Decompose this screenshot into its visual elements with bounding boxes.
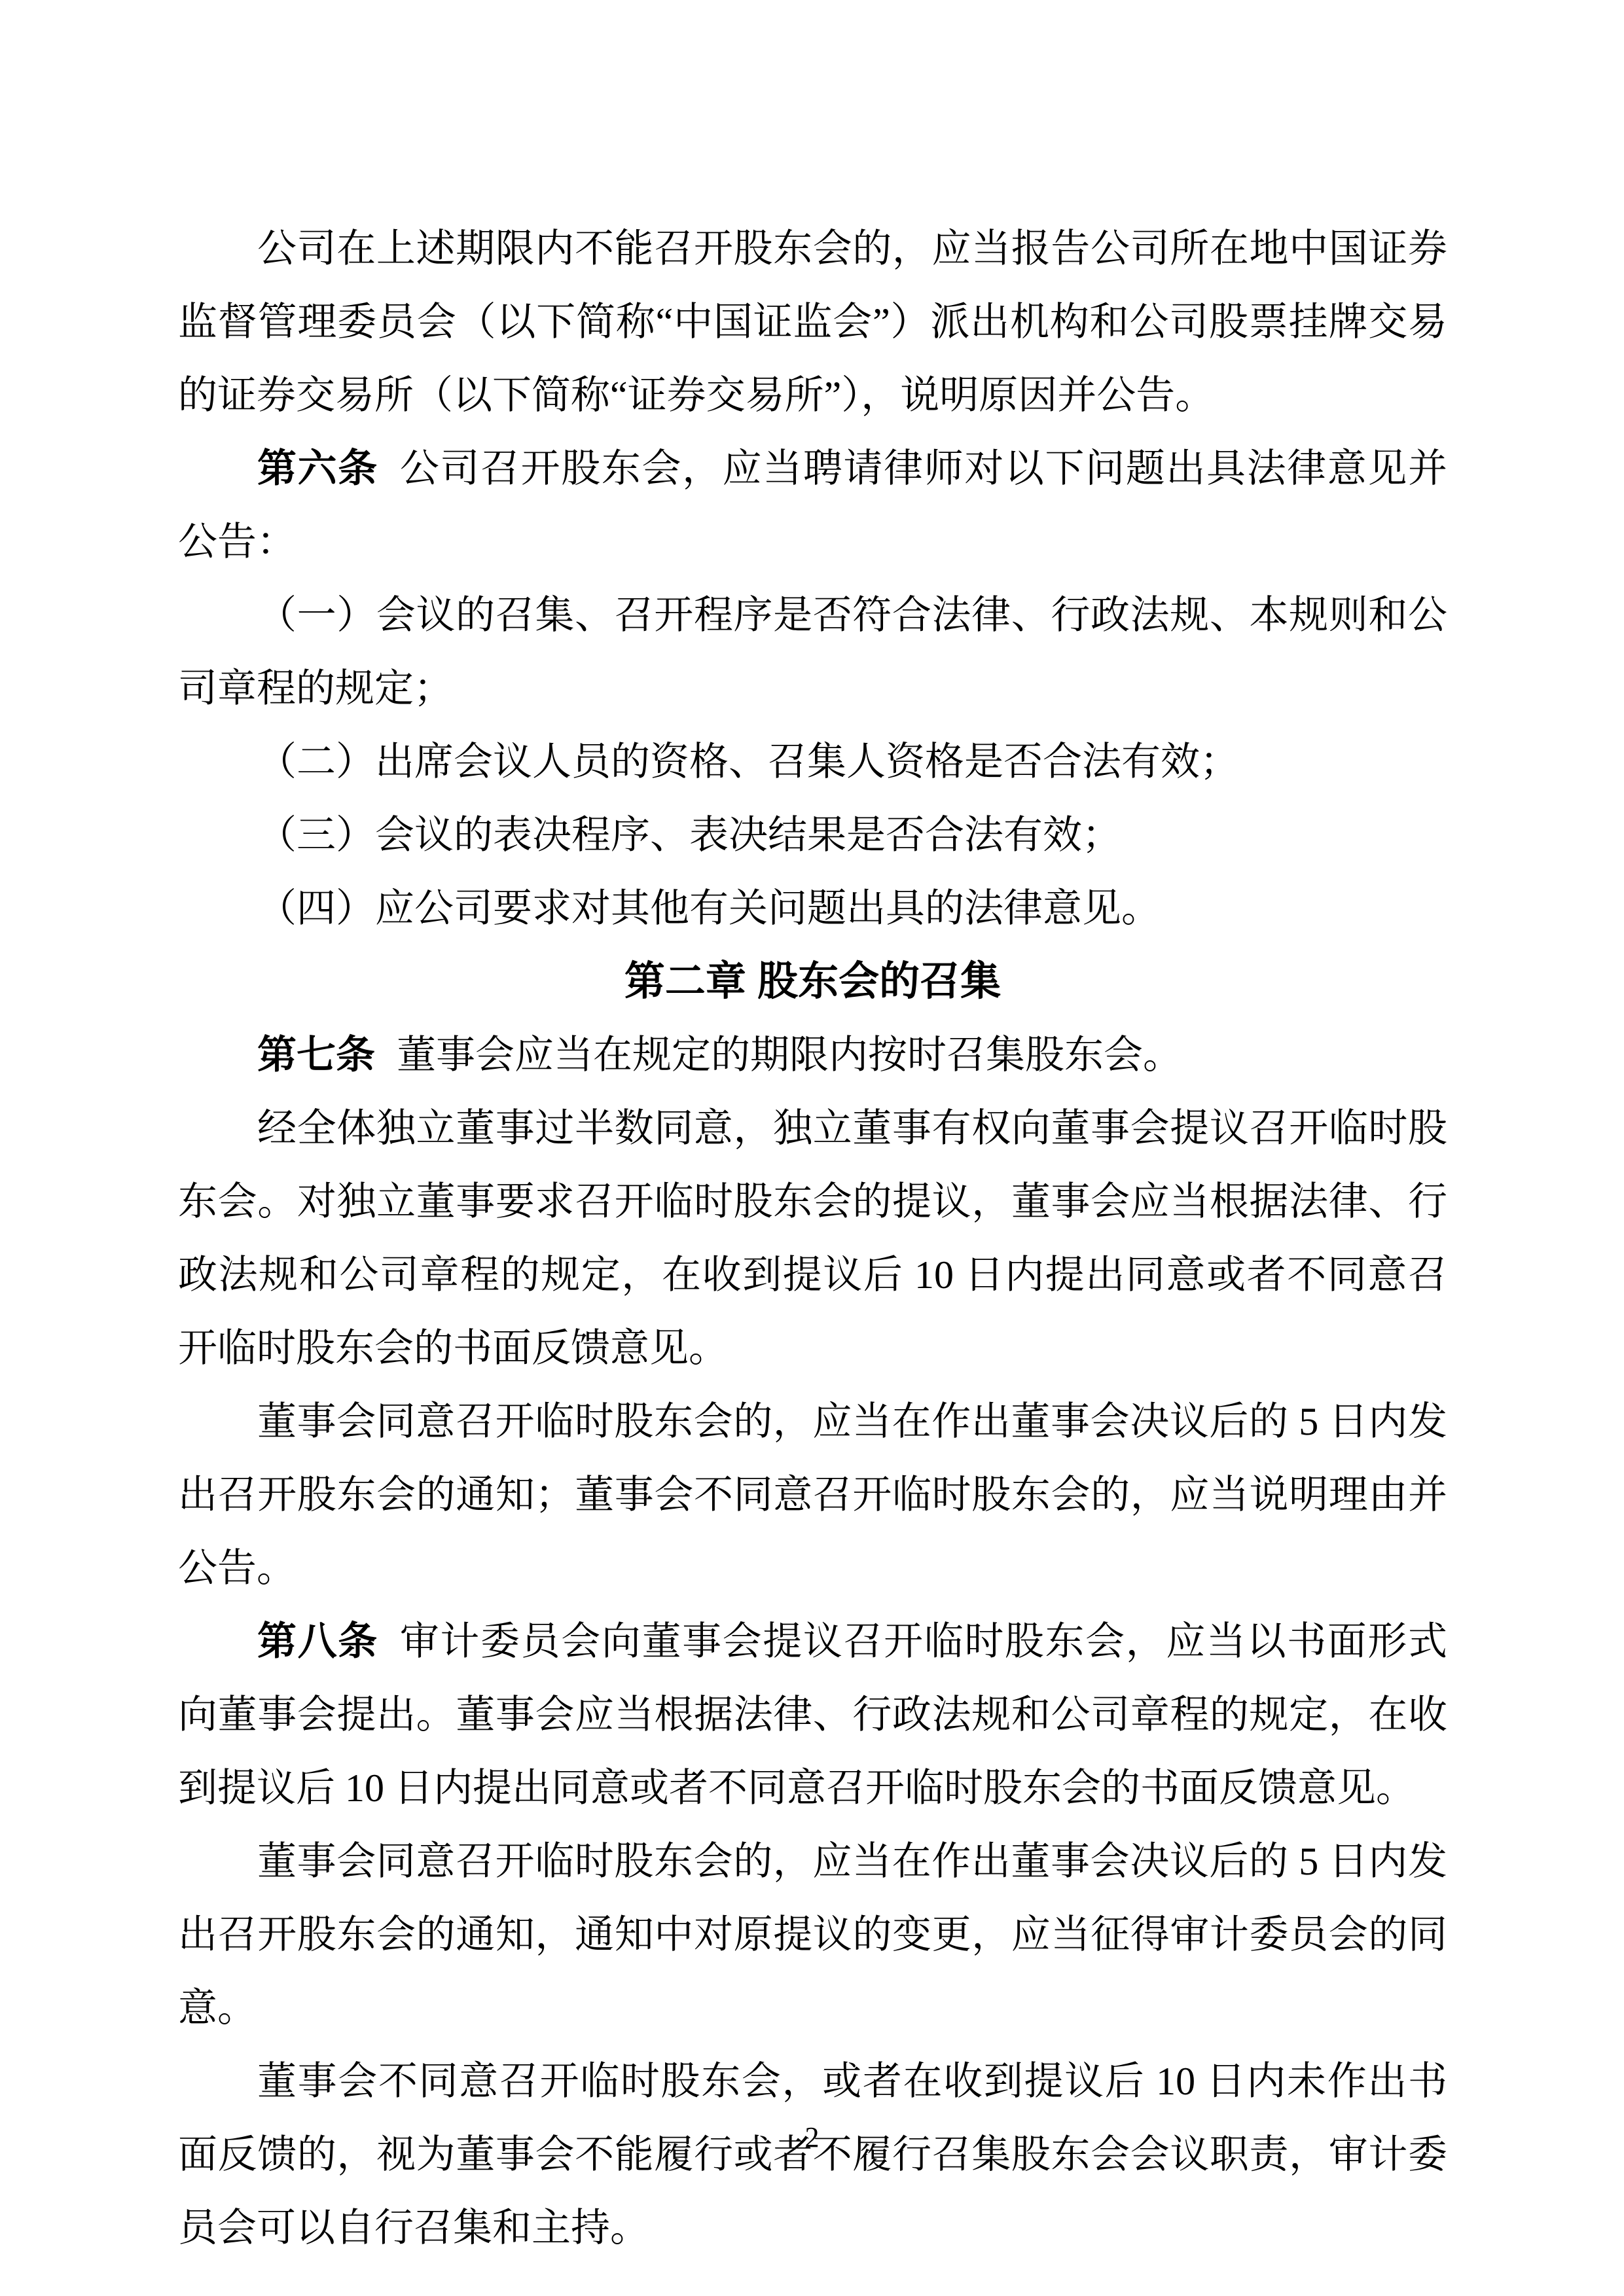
paragraph: 董事会同意召开临时股东会的，应当在作出董事会决议后的 5 日内发出召开股东会的通… bbox=[178, 1825, 1447, 2045]
chapter-heading: 第二章 股东会的召集 bbox=[178, 945, 1447, 1018]
document-body: 公司在上述期限内不能召开股东会的，应当报告公司所在地中国证券监督管理委员会（以下… bbox=[178, 212, 1447, 2265]
list-item-3: （三）会议的表决程序、表决结果是否合法有效； bbox=[178, 798, 1447, 872]
paragraph: 董事会同意召开临时股东会的，应当在作出董事会决议后的 5 日内发出召开股东会的通… bbox=[178, 1385, 1447, 1605]
paragraph-text: （三）会议的表决程序、表决结果是否合法有效； bbox=[257, 814, 1121, 857]
article-paragraph-8: 第八条审计委员会向董事会提议召开临时股东会，应当以书面形式向董事会提出。董事会应… bbox=[178, 1605, 1447, 1825]
article-paragraph-7: 第七条董事会应当在规定的期限内按时召集股东会。 bbox=[178, 1018, 1447, 1092]
page-number: 2 bbox=[0, 2119, 1624, 2156]
article-number: 第六条 bbox=[257, 447, 378, 490]
paragraph-text: 公司在上述期限内不能召开股东会的，应当报告公司所在地中国证券监督管理委员会（以下… bbox=[178, 227, 1447, 417]
paragraph-text: 董事会同意召开临时股东会的，应当在作出董事会决议后的 5 日内发出召开股东会的通… bbox=[178, 1840, 1447, 2030]
article-number: 第八条 bbox=[257, 1620, 378, 1663]
document-page: 公司在上述期限内不能召开股东会的，应当报告公司所在地中国证券监督管理委员会（以下… bbox=[0, 0, 1624, 2296]
list-item-4: （四）应公司要求对其他有关问题出具的法律意见。 bbox=[178, 872, 1447, 945]
paragraph-text: 经全体独立董事过半数同意，独立董事有权向董事会提议召开临时股东会。对独立董事要求… bbox=[178, 1107, 1447, 1370]
paragraph-text: （四）应公司要求对其他有关问题出具的法律意见。 bbox=[257, 887, 1161, 930]
paragraph-text: 董事会同意召开临时股东会的，应当在作出董事会决议后的 5 日内发出召开股东会的通… bbox=[178, 1400, 1447, 1590]
article-number: 第七条 bbox=[257, 1033, 375, 1077]
list-item-2: （二）出席会议人员的资格、召集人资格是否合法有效； bbox=[178, 725, 1447, 798]
paragraph: 经全体独立董事过半数同意，独立董事有权向董事会提议召开临时股东会。对独立董事要求… bbox=[178, 1092, 1447, 1385]
paragraph-text: （一）会议的召集、召开程序是否符合法律、行政法规、本规则和公司章程的规定； bbox=[178, 594, 1447, 710]
paragraph-text: 董事会应当在规定的期限内按时召集股东会。 bbox=[397, 1033, 1182, 1077]
paragraph-continuation: 公司在上述期限内不能召开股东会的，应当报告公司所在地中国证券监督管理委员会（以下… bbox=[178, 212, 1447, 432]
paragraph-text: （二）出席会议人员的资格、召集人资格是否合法有效； bbox=[257, 740, 1239, 783]
article-paragraph-6: 第六条公司召开股东会，应当聘请律师对以下问题出具法律意见并公告： bbox=[178, 432, 1447, 579]
list-item-1: （一）会议的召集、召开程序是否符合法律、行政法规、本规则和公司章程的规定； bbox=[178, 579, 1447, 725]
